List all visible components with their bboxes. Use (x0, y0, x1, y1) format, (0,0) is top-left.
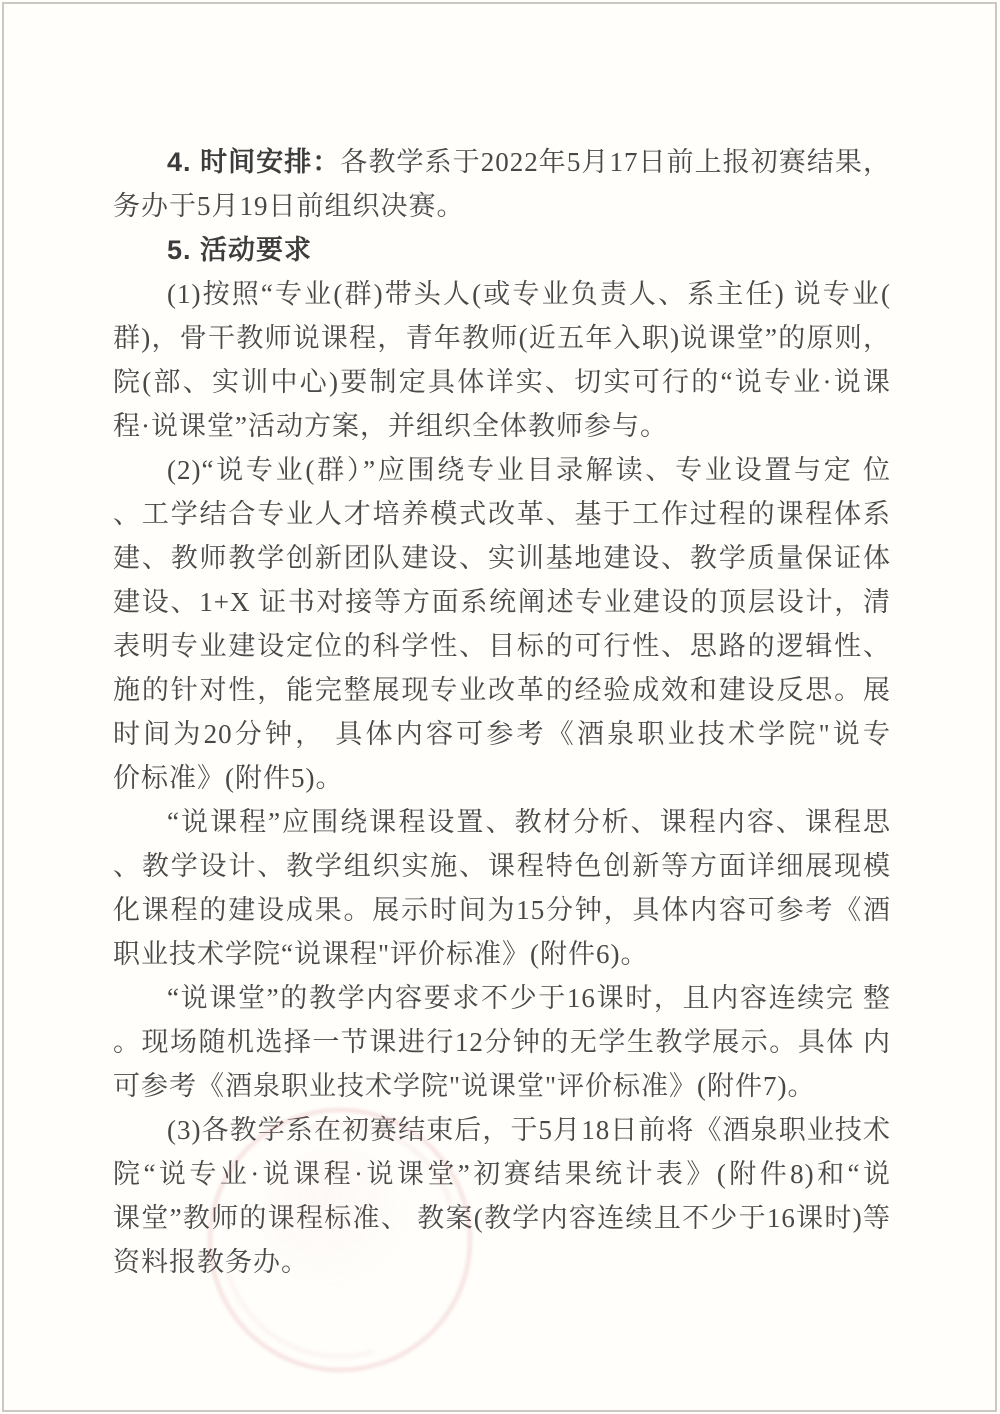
heading-text: 4. 时间安排： (167, 147, 340, 177)
text-line: (1)按照“专业(群)带头人(或专业负责人、系主任) 说专业( (113, 272, 891, 316)
text-line: 价标准》(附件5)。 (113, 756, 891, 800)
body-text: 课堂”教师的课程标准、 教案(教学内容连续且不少于16课时)等 (113, 1203, 891, 1233)
body-text: 施的针对性，能完整展现专业改革的经验成效和建设反思。展 示 (113, 675, 891, 712)
body-text: 务办于5月19日前组织决赛。 (113, 191, 465, 221)
text-line: 可参考《酒泉职业技术学院"说课堂"评价标准》(附件7)。 (113, 1064, 891, 1108)
text-line: 、教学设计、教学组织实施、课程特色创新等方面详细展现模 块 (113, 844, 891, 888)
text-line: 课堂”教师的课程标准、 教案(教学内容连续且不少于16课时)等 (113, 1196, 891, 1240)
text-line: 职业技术学院“说课程"评价标准》(附件6)。 (113, 932, 891, 976)
text-line: 建、教师教学创新团队建设、实训基地建设、教学质量保证体 系 (113, 536, 891, 580)
text-line: 资料报教务办。 (113, 1240, 891, 1284)
body-text: (2)“说专业(群）”应围绕专业目录解读、专业设置与定 位 (167, 455, 891, 485)
body-text: 化课程的建设成果。展示时间为15分钟，具体内容可参考《酒 泉 (113, 895, 891, 932)
body-text: 、工学结合专业人才培养模式改革、基于工作过程的课程体系 构 (113, 499, 891, 536)
body-text: 价标准》(附件5)。 (113, 763, 343, 793)
body-text: 程·说课堂”活动方案，并组织全体教师参与。 (113, 411, 668, 441)
body-text: 职业技术学院“说课程"评价标准》(附件6)。 (113, 939, 649, 969)
heading-text: 5. 活动要求 (167, 235, 312, 265)
body-text: 表明专业建设定位的科学性、目标的可行性、思路的逻辑性、措 (113, 631, 891, 668)
text-line: (3)各教学系在初赛结束后，于5月18日前将《酒泉职业技术学 (113, 1108, 891, 1152)
body-text: 建设、1+X 证书对接等方面系统阐述专业建设的顶层设计，清 晰 (113, 587, 891, 624)
body-text: 。现场随机选择一节课进行12分钟的无学生教学展示。具体 内容 (113, 1027, 891, 1064)
text-line: 程·说课堂”活动方案，并组织全体教师参与。 (113, 404, 891, 448)
body-text: (1)按照“专业(群)带头人(或专业负责人、系主任) 说专业( (167, 279, 891, 309)
document-body-text: 4. 时间安排：各教学系于2022年5月17日前上报初赛结果，教务办于5月19日… (113, 140, 891, 1284)
body-text: 院“说专业·说课程·说课堂”初赛结果统计表》(附件8)和“说 (113, 1159, 891, 1189)
body-text: 、教学设计、教学组织实施、课程特色创新等方面详细展现模 块 (113, 851, 891, 888)
text-line: 时间为20分钟， 具体内容可参考《酒泉职业技术学院"说专业"评 (113, 712, 891, 756)
text-line: (2)“说专业(群）”应围绕专业目录解读、专业设置与定 位 (113, 448, 891, 492)
body-text: “说课程”应围绕课程设置、教材分析、课程内容、课程思 政 (113, 807, 891, 844)
text-line: 院(部、实训中心)要制定具体详实、切实可行的“说专业·说课 (113, 360, 891, 404)
text-line: “说课堂”的教学内容要求不少于16课时，且内容连续完 整 (113, 976, 891, 1020)
text-line: 。现场随机选择一节课进行12分钟的无学生教学展示。具体 内容 (113, 1020, 891, 1064)
body-text: “说课堂”的教学内容要求不少于16课时，且内容连续完 整 (167, 983, 891, 1013)
body-text: 群)，骨干教师说课程，青年教师(近五年入职)说课堂”的原则，各 (113, 323, 891, 360)
body-text: 院(部、实训中心)要制定具体详实、切实可行的“说专业·说课 (113, 367, 891, 397)
text-line: 院“说专业·说课程·说课堂”初赛结果统计表》(附件8)和“说 (113, 1152, 891, 1196)
text-line: 5. 活动要求 (113, 228, 891, 272)
text-line: 4. 时间安排：各教学系于2022年5月17日前上报初赛结果，教 (113, 140, 891, 184)
body-text: 建、教师教学创新团队建设、实训基地建设、教学质量保证体 系 (113, 543, 891, 580)
scanned-document-page: 4. 时间安排：各教学系于2022年5月17日前上报初赛结果，教务办于5月19日… (0, 0, 1000, 1414)
text-line: 化课程的建设成果。展示时间为15分钟，具体内容可参考《酒 泉 (113, 888, 891, 932)
body-text: 资料报教务办。 (113, 1247, 309, 1277)
body-text: (3)各教学系在初赛结束后，于5月18日前将《酒泉职业技术学 (113, 1115, 891, 1152)
text-line: “说课程”应围绕课程设置、教材分析、课程内容、课程思 政 (113, 800, 891, 844)
text-line: 建设、1+X 证书对接等方面系统阐述专业建设的顶层设计，清 晰 (113, 580, 891, 624)
body-text: 时间为20分钟， 具体内容可参考《酒泉职业技术学院"说专业"评 (113, 719, 891, 756)
text-line: 表明专业建设定位的科学性、目标的可行性、思路的逻辑性、措 (113, 624, 891, 668)
text-line: 施的针对性，能完整展现专业改革的经验成效和建设反思。展 示 (113, 668, 891, 712)
text-line: 务办于5月19日前组织决赛。 (113, 184, 891, 228)
text-line: 群)，骨干教师说课程，青年教师(近五年入职)说课堂”的原则，各 (113, 316, 891, 360)
body-text: 可参考《酒泉职业技术学院"说课堂"评价标准》(附件7)。 (113, 1071, 816, 1101)
text-line: 、工学结合专业人才培养模式改革、基于工作过程的课程体系 构 (113, 492, 891, 536)
